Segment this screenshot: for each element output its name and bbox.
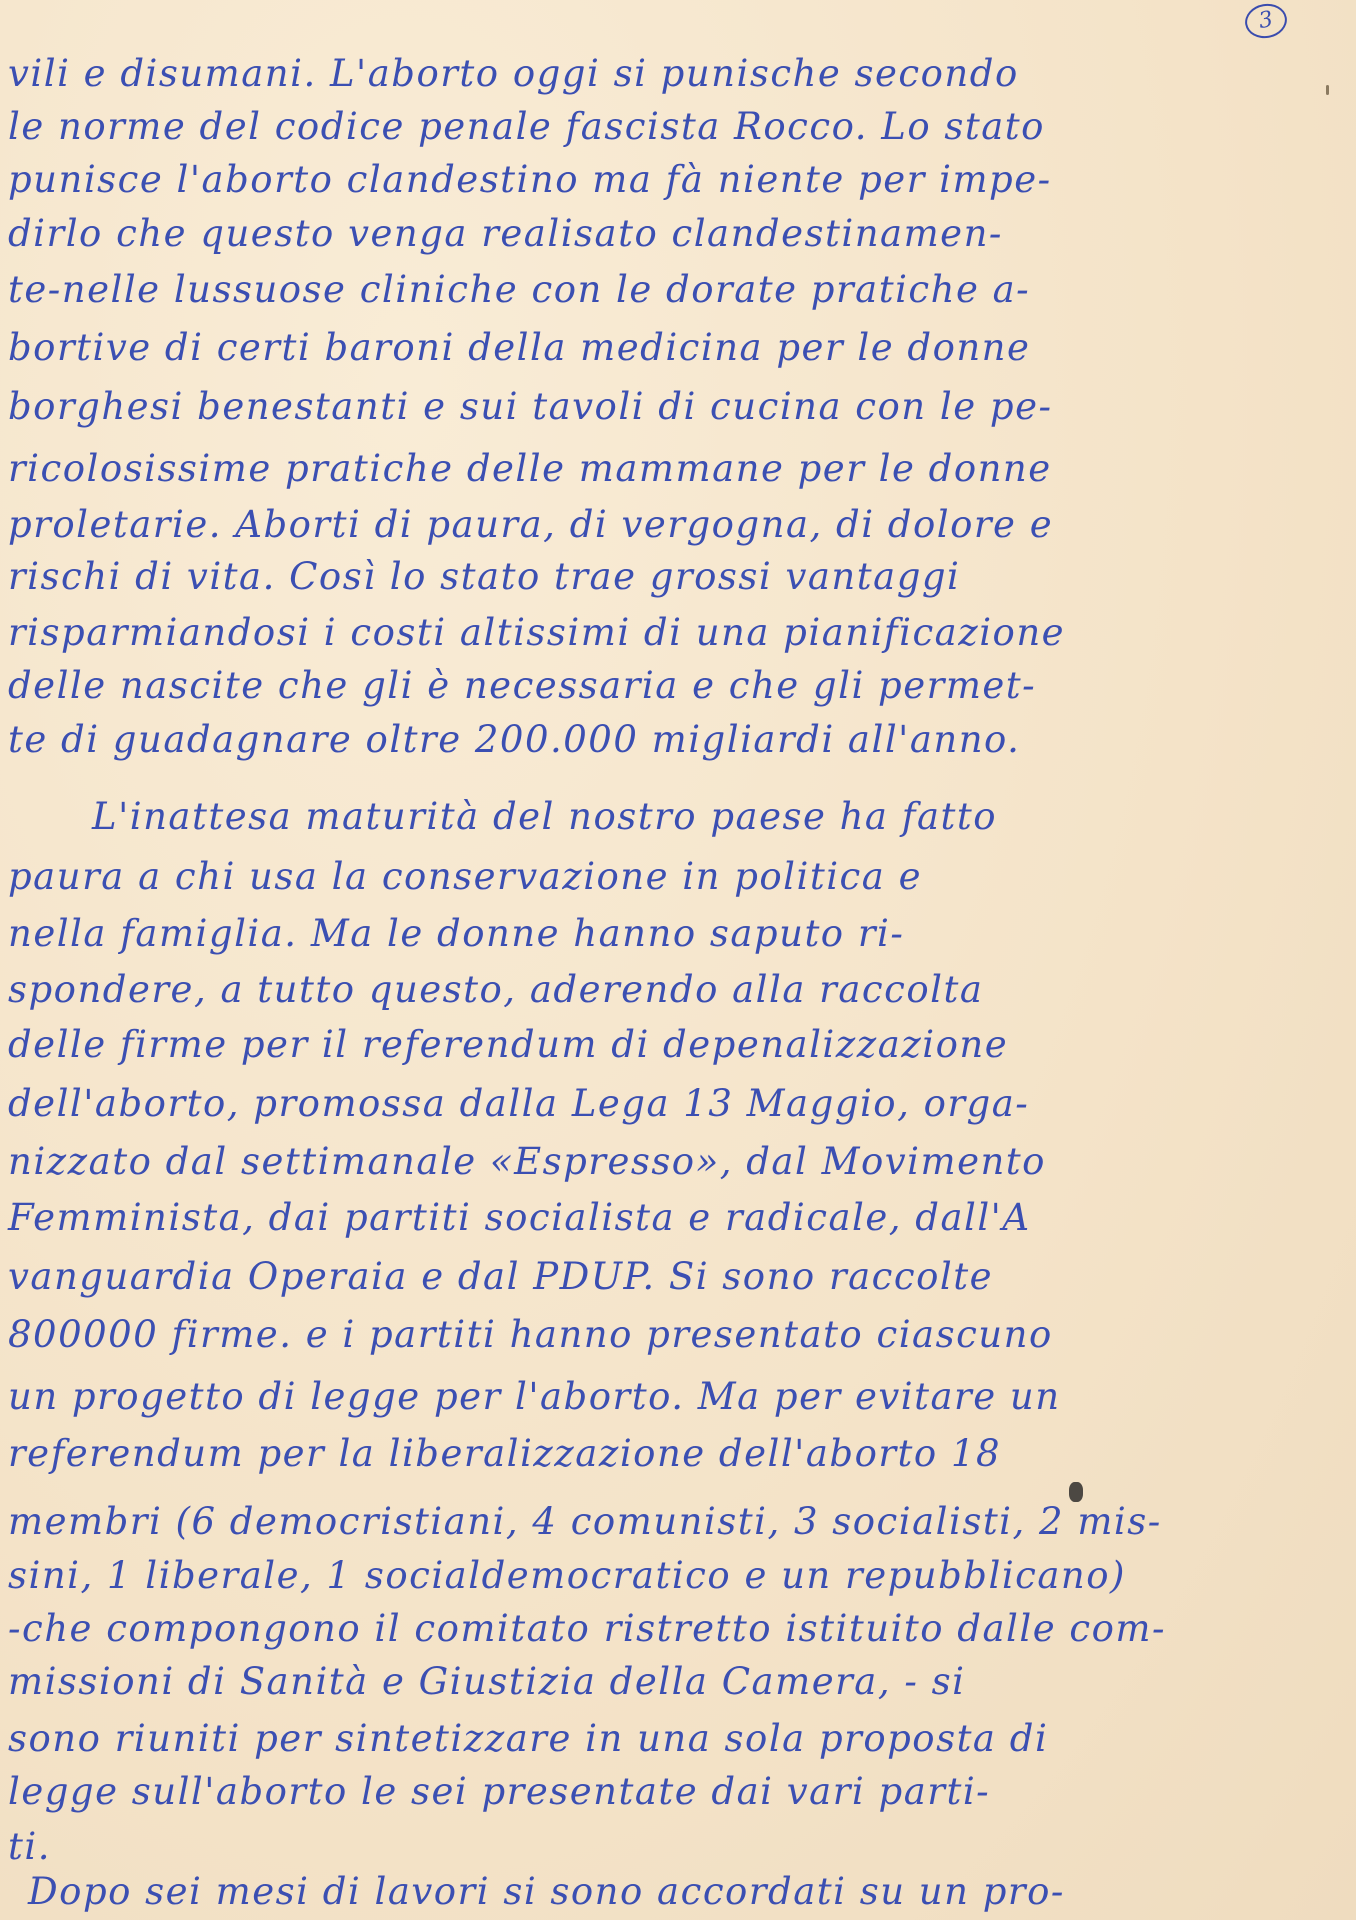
text-line: ricolosissime pratiche delle mammane per… [8,447,1052,490]
text-line: vili e disumani. L'aborto oggi si punisc… [8,52,1019,95]
text-line: proletarie. Aborti di paura, di vergogna… [8,503,1053,546]
text-line: te-nelle lussuose cliniche con le dorate… [8,268,1030,311]
text-line: ti. [8,1825,51,1868]
text-line: missioni di Sanità e Giustizia della Cam… [8,1660,965,1703]
text-line: -che compongono il comitato ristretto is… [8,1607,1166,1650]
text-line: vanguardia Operaia e dal PDUP. Si sono r… [8,1255,993,1298]
text-line: delle firme per il referendum di depenal… [8,1023,1008,1066]
paragraph-start-line: Dopo sei mesi di lavori si sono accordat… [28,1870,1065,1913]
text-line: dirlo che questo venga realisato clandes… [8,212,1003,255]
text-line: paura a chi usa la conservazione in poli… [8,855,922,898]
text-line: te di guadagnare oltre 200.000 migliardi… [8,718,1020,761]
text-line: spondere, a tutto questo, aderendo alla … [8,968,983,1011]
text-line: bortive di certi baroni della medicina p… [8,326,1030,369]
text-line: referendum per la liberalizzazione dell'… [8,1432,1001,1475]
paper-mark [1326,85,1329,95]
text-line: risparmiandosi i costi altissimi di una … [8,611,1065,654]
paragraph-start-line: L'inattesa maturità del nostro paese ha … [92,795,997,838]
text-line: membri (6 democristiani, 4 comunisti, 3 … [8,1500,1162,1543]
text-line: nizzato dal settimanale «Espresso», dal … [8,1140,1046,1183]
text-line: legge sull'aborto le sei presentate dai … [8,1770,990,1813]
page-number: 3 [1242,1,1289,42]
text-line: borghesi benestanti e sui tavoli di cuci… [8,385,1052,428]
text-line: sini, 1 liberale, 1 socialdemocratico e … [8,1554,1126,1597]
text-line: 800000 firme. e i partiti hanno presenta… [8,1313,1053,1356]
text-line: dell'aborto, promossa dalla Lega 13 Magg… [8,1082,1029,1125]
text-line: un progetto di legge per l'aborto. Ma pe… [8,1375,1061,1418]
text-line: delle nascite che gli è necessaria e che… [8,664,1036,707]
handwritten-page: 3 vili e disumani. L'aborto oggi si puni… [0,0,1356,1920]
text-line: punisce l'aborto clandestino ma fà nient… [8,158,1052,201]
text-line: sono riuniti per sintetizzare in una sol… [8,1717,1048,1760]
ink-smudge [1069,1482,1083,1502]
text-line: Femminista, dai partiti socialista e rad… [8,1196,1031,1239]
text-line: rischi di vita. Così lo stato trae gross… [8,555,960,598]
text-line: nella famiglia. Ma le donne hanno saputo… [8,912,904,955]
text-line: le norme del codice penale fascista Rocc… [8,105,1045,148]
